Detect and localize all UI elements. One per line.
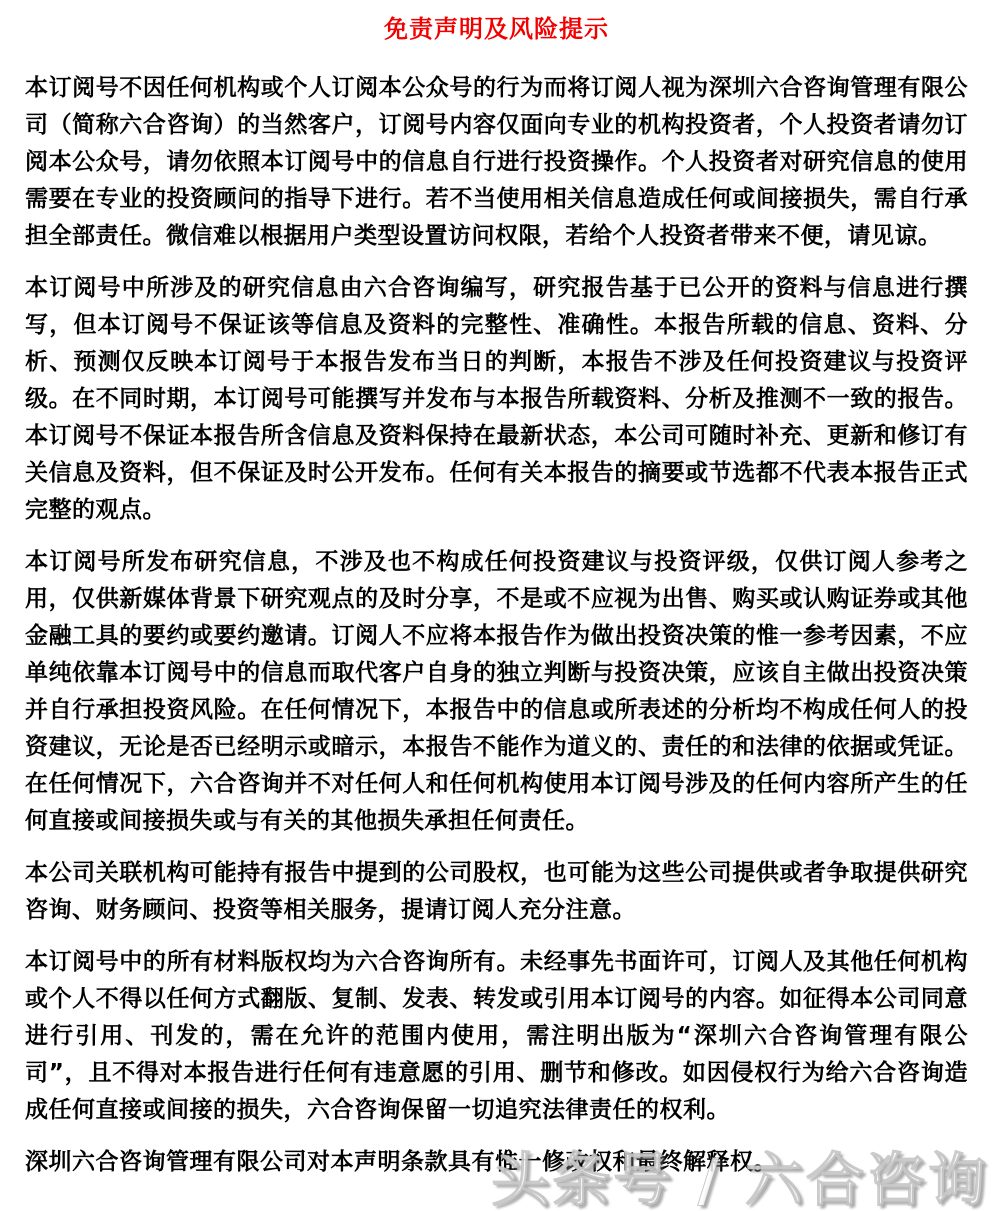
disclaimer-document: 免责声明及风险提示 本订阅号不因任何机构或个人订阅本公众号的行为而将订阅人视为深… bbox=[25, 0, 968, 1181]
disclaimer-paragraph-no-investment-advice: 本订阅号所发布研究信息，不涉及也不构成任何投资建议与投资评级，仅供订阅人参考之用… bbox=[25, 544, 968, 840]
disclaimer-paragraph-final-interpretation: 深圳六合咨询管理有限公司对本声明条款具有惟一修改权和最终解释权。 bbox=[25, 1144, 968, 1181]
disclaimer-paragraph-affiliates-notice: 本公司关联机构可能持有报告中提到的公司股权，也可能为这些公司提供或者争取提供研究… bbox=[25, 855, 968, 929]
page-title: 免责声明及风险提示 bbox=[25, 12, 968, 46]
disclaimer-paragraph-copyright: 本订阅号中的所有材料版权均为六合咨询所有。未经事先书面许可，订阅人及其他任何机构… bbox=[25, 944, 968, 1129]
disclaimer-paragraph-subscriber-scope: 本订阅号不因任何机构或个人订阅本公众号的行为而将订阅人视为深圳六合咨询管理有限公… bbox=[25, 70, 968, 255]
disclaimer-paragraph-information-accuracy: 本订阅号中所涉及的研究信息由六合咨询编写，研究报告基于已公开的资料与信息进行撰写… bbox=[25, 270, 968, 529]
